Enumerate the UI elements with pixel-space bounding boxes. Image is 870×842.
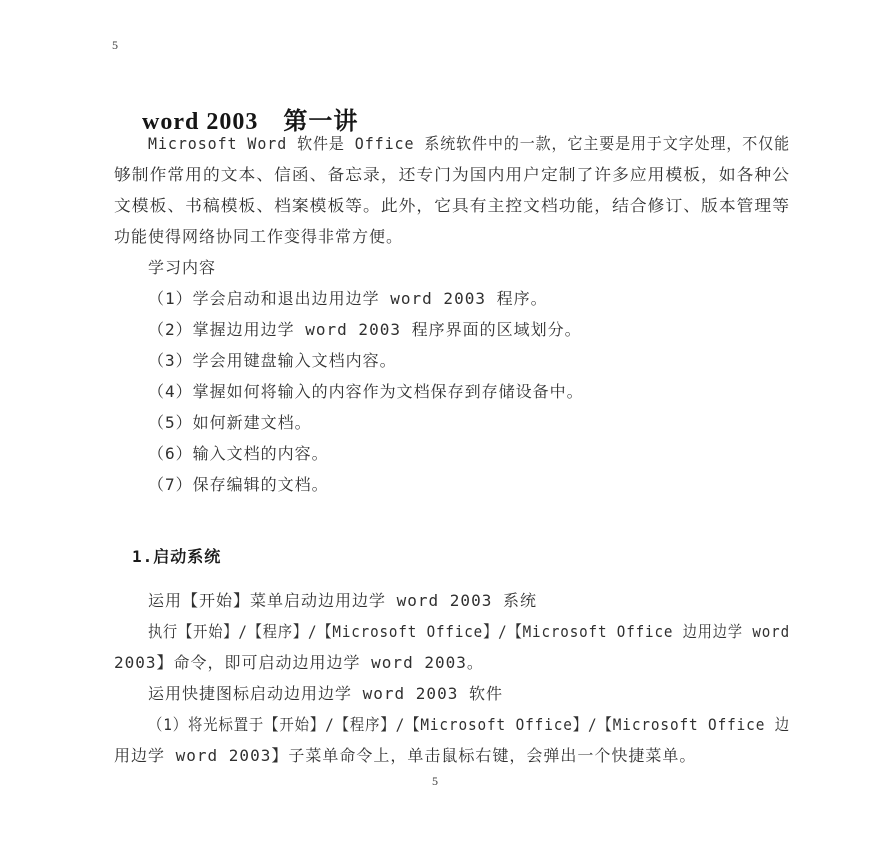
paragraph-line: Microsoft Word 软件是 Office 系统软件中的一款，它主要是用…: [114, 128, 790, 159]
paragraph-line: （1）将光标置于【开始】/【程序】/【Microsoft Office】/【Mi…: [114, 709, 790, 740]
text-column: Microsoft Word 软件是 Office 系统软件中的一款，它主要是用…: [114, 128, 790, 771]
page-number-bottom: 5: [0, 774, 870, 789]
line-text: 功能使得网络协同工作变得非常方便。: [114, 221, 403, 252]
line-text: Microsoft Word 软件是 Office 系统软件中的一款，它主要是用…: [148, 128, 790, 159]
line-text: 文模板、书稿模板、档案模板等。此外，它具有主控文档功能，结合修订、版本管理等: [114, 190, 790, 221]
paragraph-line: 文模板、书稿模板、档案模板等。此外，它具有主控文档功能，结合修订、版本管理等: [114, 190, 790, 221]
document-page: 5 word 2003 第一讲 Microsoft Word 软件是 Offic…: [0, 0, 870, 842]
line-text: （1）学会启动和退出边用边学 word 2003 程序。: [148, 283, 548, 314]
line-text: （5）如何新建文档。: [148, 407, 312, 438]
paragraph-line: 用边学 word 2003】子菜单命令上，单击鼠标右键，会弹出一个快捷菜单。: [114, 740, 790, 771]
paragraph-line: 运用【开始】菜单启动边用边学 word 2003 系统: [114, 585, 790, 616]
subheading-line: 学习内容: [114, 252, 790, 283]
line-text: （4）掌握如何将输入的内容作为文档保存到存储设备中。: [148, 376, 584, 407]
line-text: 执行【开始】/【程序】/【Microsoft Office】/【Microsof…: [148, 616, 790, 647]
list-item-line: （7）保存编辑的文档。: [114, 469, 790, 500]
list-item-line: （3）学会用键盘输入文档内容。: [114, 345, 790, 376]
line-text: 用边学 word 2003】子菜单命令上，单击鼠标右键，会弹出一个快捷菜单。: [114, 740, 696, 771]
list-item-line: （6）输入文档的内容。: [114, 438, 790, 469]
line-text: 学习内容: [148, 252, 216, 283]
paragraph-line: 功能使得网络协同工作变得非常方便。: [114, 221, 790, 252]
line-text: 够制作常用的文本、信函、备忘录，还专门为国内用户定制了许多应用模板，如各种公: [114, 159, 790, 190]
line-text: （6）输入文档的内容。: [148, 438, 329, 469]
line-text: （1）将光标置于【开始】/【程序】/【Microsoft Office】/【Mi…: [148, 709, 790, 740]
line-text: 运用快捷图标启动边用边学 word 2003 软件: [148, 678, 503, 709]
line-text: 运用【开始】菜单启动边用边学 word 2003 系统: [148, 585, 537, 616]
line-text: （7）保存编辑的文档。: [148, 469, 329, 500]
page-number-top: 5: [112, 38, 118, 53]
paragraph-line: 2003】命令，即可启动边用边学 word 2003。: [114, 647, 790, 678]
list-item-line: （5）如何新建文档。: [114, 407, 790, 438]
line-text: （2）掌握边用边学 word 2003 程序界面的区域划分。: [148, 314, 582, 345]
line-text: 2003】命令，即可启动边用边学 word 2003。: [114, 647, 484, 678]
list-item-line: （4）掌握如何将输入的内容作为文档保存到存储设备中。: [114, 376, 790, 407]
line-text: 1.启动系统: [132, 541, 221, 572]
line-text: （3）学会用键盘输入文档内容。: [148, 345, 397, 376]
page-number-top-text: 5: [112, 38, 118, 52]
paragraph-line: 运用快捷图标启动边用边学 word 2003 软件: [114, 678, 790, 709]
list-item-line: （2）掌握边用边学 word 2003 程序界面的区域划分。: [114, 314, 790, 345]
paragraph-line: 执行【开始】/【程序】/【Microsoft Office】/【Microsof…: [114, 616, 790, 647]
page-number-bottom-text: 5: [432, 774, 438, 788]
paragraph-line: 够制作常用的文本、信函、备忘录，还专门为国内用户定制了许多应用模板，如各种公: [114, 159, 790, 190]
section-heading: 1.启动系统: [114, 541, 790, 572]
list-item-line: （1）学会启动和退出边用边学 word 2003 程序。: [114, 283, 790, 314]
